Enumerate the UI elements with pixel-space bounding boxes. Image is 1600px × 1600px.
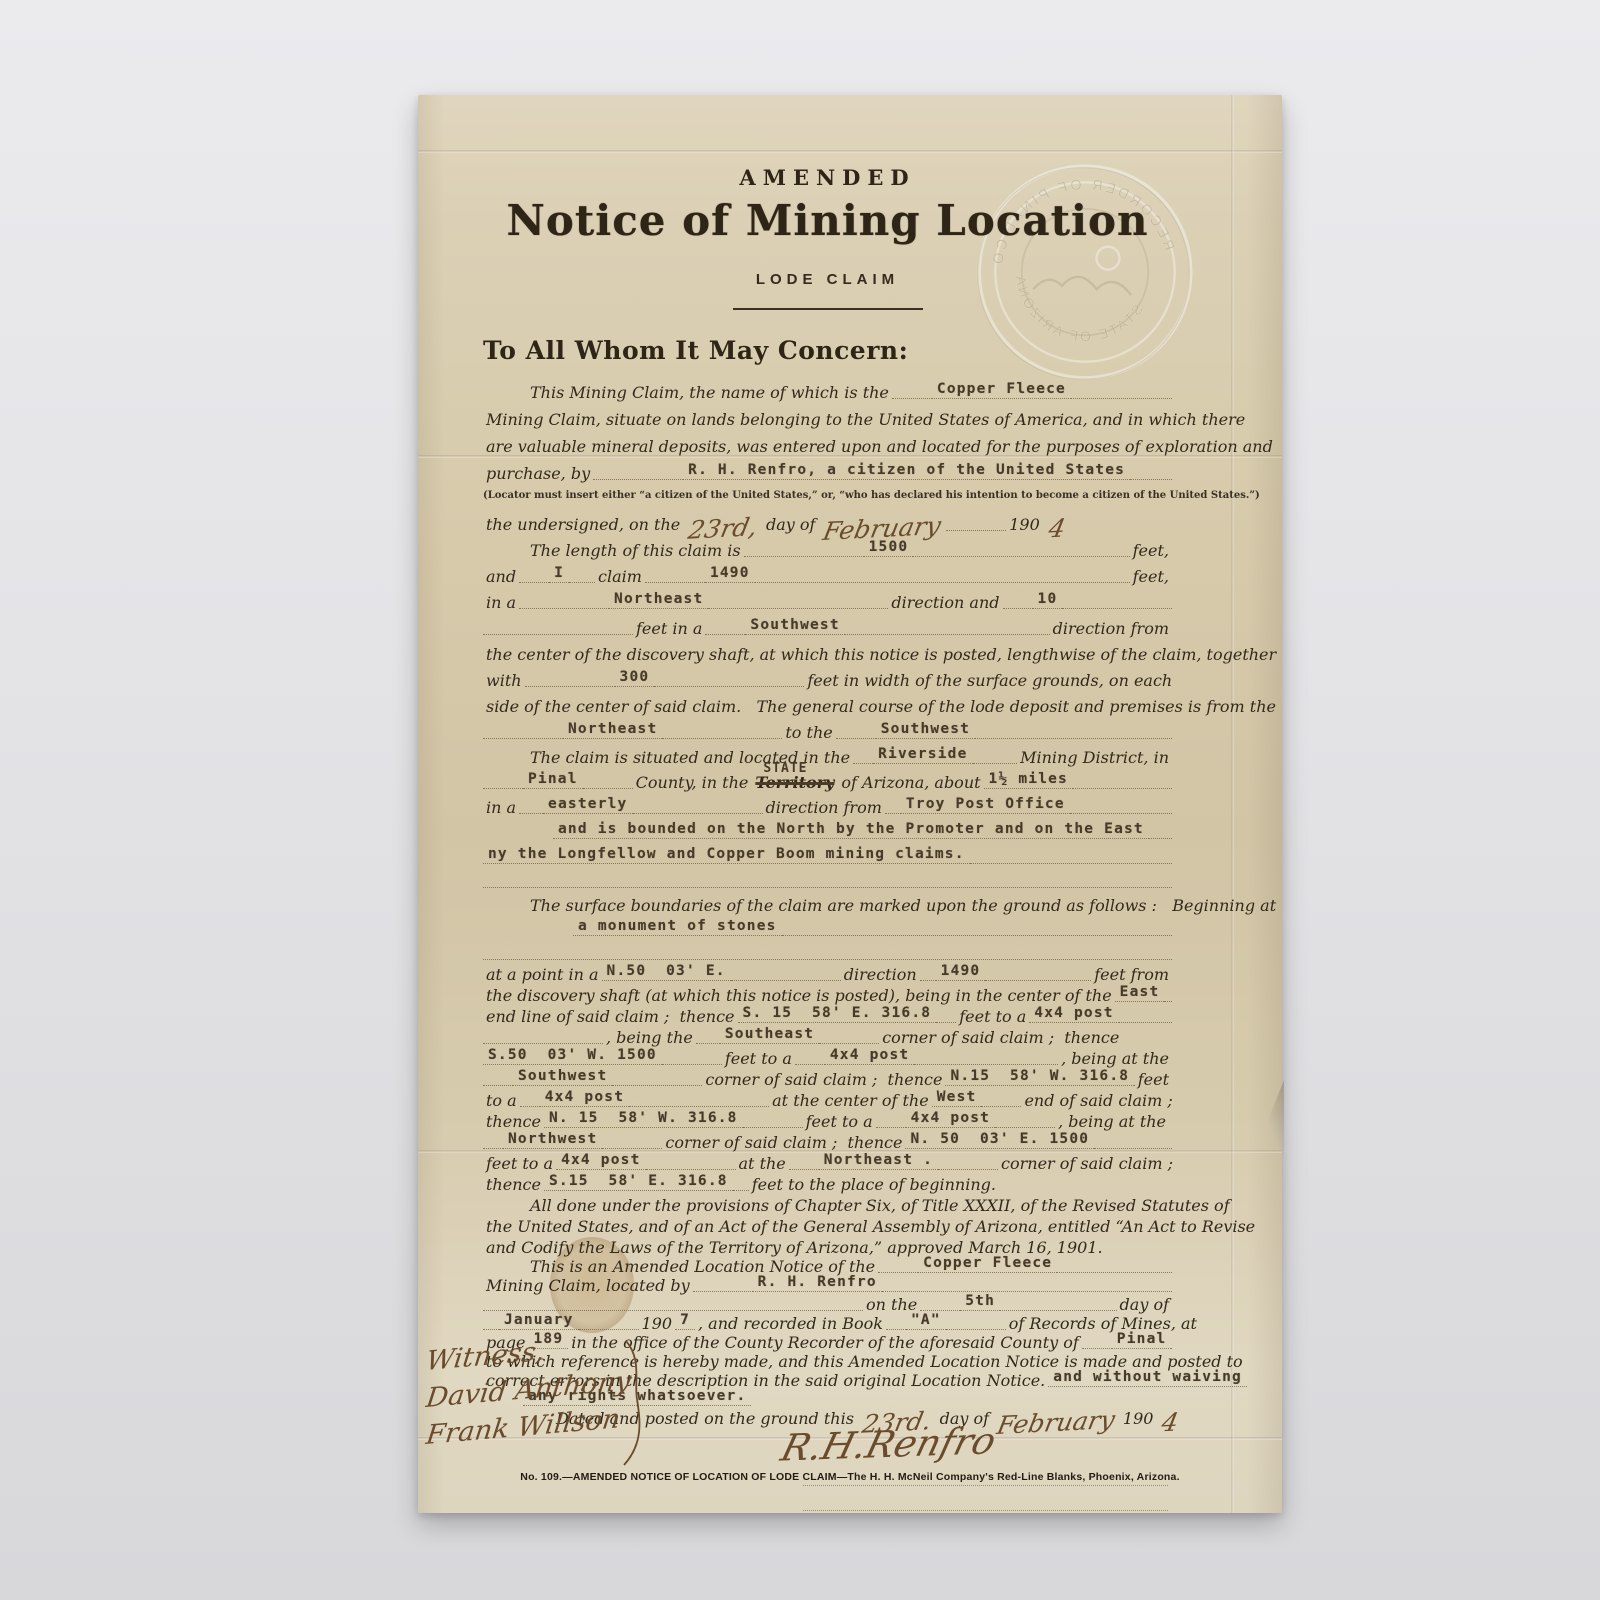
typed-entry: 1490 [705,564,755,583]
dotted-leader [696,1041,720,1044]
dotted-leader [519,580,549,583]
printed-label: The length of this claim is [527,541,744,560]
printed-label: at the center of the [769,1091,932,1110]
spacer [483,938,573,939]
form-line: thenceS.15 58' E. 316.8feet to the place… [483,1173,1172,1194]
typed-entry: Southeast [720,1025,819,1044]
edge-fold-flap [1268,1080,1284,1160]
dotted-leader [569,580,595,583]
typed-entry: 5th [960,1292,1000,1311]
printed-label: feet to a [956,1007,1029,1026]
dotted-leader [936,1020,956,1023]
dotted-leader [1149,836,1172,839]
form-line: side of the center of said claim. The ge… [483,690,1172,716]
printed-label: corner of said claim ; [998,1154,1176,1173]
form-footer: No. 109.—AMENDED NOTICE OF LOCATION OF L… [418,1471,1282,1483]
form-line: Mining Claim, located byR. H. Renfro [483,1276,1172,1295]
fold-crease-vertical [1231,95,1234,1513]
dotted-leader [995,1125,1055,1128]
printed-label: feet to a [803,1112,876,1131]
dotted-leader [520,1104,540,1107]
dotted-leader [946,528,1006,531]
typed-entry: S. 15 58' E. 316.8 [738,1004,937,1023]
printed-label: thence [483,1175,544,1194]
printed-label: end of said claim ; [1021,1091,1175,1110]
printed-label: the discovery shaft (at which this notic… [483,986,1115,1005]
typed-entry: Pinal [1112,1330,1172,1349]
typed-entry: a monument of stones [573,917,782,936]
dotted-leader [483,736,563,739]
dotted-leader [733,1188,749,1191]
locator-signature: R.H.Renfro [778,1426,998,1463]
dotted-leader [1057,1270,1172,1273]
dotted-leader [629,1104,769,1107]
document-title: Notice of Mining Location [483,196,1172,245]
dotted-leader [662,736,782,739]
dotted-leader [483,632,633,635]
typed-entry: I [549,564,569,583]
form-line: feet to a4x4 postat theNortheast .corner… [483,1152,1172,1173]
dotted-leader [1070,811,1172,814]
dotted-leader [483,885,1172,888]
dotted-leader [985,978,1091,981]
printed-label: , being the [603,1028,696,1047]
form-line: in aeasterlydirection fromTroy Post Offi… [483,792,1172,817]
handwritten-entry: February [817,520,949,539]
printed-label: with [483,671,525,690]
dotted-leader [1071,396,1172,399]
handwritten-entry: 23rd, [682,521,765,537]
printed-label: thence [483,1112,544,1131]
form-line: on the5thday of [483,1295,1172,1314]
printed-label: feet to a [483,1154,556,1173]
typed-entry: R. H. Renfro, a citizen of the United St… [683,461,1130,480]
printed-label: feet to a [722,1049,795,1068]
printed-label: , being at the [1058,1049,1172,1068]
dotted-leader [973,761,1018,764]
typed-entry: 4x4 post [540,1088,629,1107]
form-line: the undersigned, on the23rd,day ofFebrua… [483,507,1172,534]
form-body: This Mining Claim, the name of which is … [483,375,1172,1428]
dotted-leader [1062,606,1172,609]
dotted-leader [483,1146,503,1149]
dotted-leader [743,1125,803,1128]
typed-entry: and is bounded on the North by the Promo… [553,820,1149,839]
dotted-leader [1082,1346,1112,1349]
form-line: and Codify the Laws of the Territory of … [483,1236,1172,1257]
printed-label: direction from [763,798,885,817]
form-line: (Locator must insert either “a citizen o… [483,483,1172,507]
form-line: in aNortheastdirection and10 [483,586,1172,612]
typed-entry: N. 15 58' W. 316.8 [544,1109,743,1128]
typed-entry: Copper Fleece [932,380,1071,399]
dotted-leader [744,554,864,557]
printed-label: the center of the discovery shaft, at wh… [483,645,1279,664]
dotted-leader [593,477,683,480]
dotted-leader [836,736,876,739]
form-line: Southwestcorner of said claim ; thenceN.… [483,1068,1172,1089]
dotted-leader [819,1041,879,1044]
form-line: and is bounded on the North by the Promo… [483,817,1172,842]
printed-label: 190 [1006,515,1043,534]
form-line: The claim is situated and located in the… [483,742,1172,767]
dotted-leader [654,684,804,687]
title-divider [733,308,923,310]
typed-entry: East [1115,983,1165,1002]
document-content: AMENDED Notice of Mining Location LODE C… [483,95,1172,1511]
dotted-leader [708,606,888,609]
printed-label: , and recorded in Book [695,1314,886,1333]
handwritten-entry: 4 [1041,522,1072,535]
printed-label: of Arizona, about [838,773,983,792]
form-line: the center of the discovery shaft, at wh… [483,638,1172,664]
dotted-leader [938,1167,998,1170]
photo-background: RECORDER OF PINAL COUNTY STATE OF ARIZON… [0,0,1600,1600]
form-line: Northwestcorner of said claim ; thenceN.… [483,1131,1172,1152]
dotted-leader [525,684,615,687]
typed-entry: Riverside [873,745,972,764]
dotted-leader [662,1062,722,1065]
form-line: S.50 03' W. 1500feet to a4x4 post, being… [483,1047,1172,1068]
form-line: thenceN. 15 58' W. 316.8feet to a4x4 pos… [483,1110,1172,1131]
form-line: This Mining Claim, the name of which is … [483,375,1172,402]
form-line: end line of said claim ; thenceS. 15 58'… [483,1005,1172,1026]
typed-entry: Pinal [523,770,583,789]
dotted-leader [519,606,609,609]
form-line: purchase, byR. H. Renfro, a citizen of t… [483,456,1172,483]
printed-label: at the [736,1154,789,1173]
dotted-leader [731,978,841,981]
dotted-leader [795,1062,825,1065]
printed-label: feet, [1130,541,1172,560]
form-line: All done under the provisions of Chapter… [483,1194,1172,1215]
typed-entry: 4x4 post [1029,1004,1118,1023]
printed-label: feet in width of the surface grounds, on… [804,671,1175,690]
printed-label: All done under the provisions of Chapter… [527,1196,1233,1215]
spacer [483,401,527,402]
form-line: a monument of stones [483,915,1172,939]
printed-label: feet from [1091,965,1172,984]
printed-label: direction and [888,593,1002,612]
dotted-leader [483,957,1172,960]
dotted-leader [1130,477,1172,480]
form-line: with300feet in width of the surface grou… [483,664,1172,690]
printed-label: day of [763,515,818,534]
dotted-leader [483,786,523,789]
dotted-leader [913,554,1129,557]
dotted-leader [633,811,763,814]
printed-label: County, in the [633,773,752,792]
typed-entry: and without waiving [1048,1368,1247,1387]
dotted-leader [970,861,1172,864]
printed-label: 190 [1120,1409,1157,1428]
printed-label: are valuable mineral deposits, was enter… [483,437,1276,456]
printed-label: Mining District, in [1017,748,1172,767]
spacer [483,914,527,915]
dotted-leader [1171,1346,1172,1349]
typed-entry: Northeast [609,590,708,609]
dotted-leader [483,1041,603,1044]
lode-claim-subtitle: LODE CLAIM [483,271,1172,288]
printed-label: , being at the [1055,1112,1169,1131]
printed-label: purchase, by [483,464,593,483]
spacer [483,559,527,560]
printed-label: feet, [1130,567,1172,586]
dotted-leader [914,1062,1058,1065]
corrected-entry: TerritorySTATE [755,773,834,792]
dotted-leader [946,1327,1006,1330]
dotted-leader [483,1083,513,1086]
document-header: AMENDED Notice of Mining Location LODE C… [483,95,1172,310]
form-line: the United States, and of an Act of the … [483,1215,1172,1236]
typed-entry: Southwest [745,616,844,635]
printed-label: in a [483,593,519,612]
form-line: ny the Longfellow and Copper Boom mining… [483,842,1172,867]
dotted-leader [845,632,1050,635]
dotted-leader [1073,786,1172,789]
typed-entry: 1½ miles [984,770,1073,789]
salutation: To All Whom It May Concern: [483,336,1172,365]
form-line: at a point in aN.50 03' E.direction1490f… [483,963,1172,984]
form-line: PinalCounty, in theTerritorySTATEof Ariz… [483,767,1172,792]
dotted-leader [853,761,873,764]
dotted-leader [892,396,932,399]
dotted-leader [782,933,1172,936]
printed-label: Mining Claim, located by [483,1276,693,1295]
spacer [483,841,553,842]
dotted-leader [920,978,936,981]
witness-block: Witness, David Anthony Frank Willson [424,1343,626,1454]
dotted-leader [612,1083,702,1086]
dotted-leader [705,632,745,635]
printed-label: the United States, and of an Act of the … [483,1217,1258,1236]
form-line [483,867,1172,891]
typed-entry: 4x4 post [906,1109,995,1128]
typed-entry: N.15 58' W. 316.8 [945,1067,1134,1086]
typed-entry: 10 [1033,590,1063,609]
typed-entry: Troy Post Office [901,795,1070,814]
dotted-leader [646,1167,736,1170]
signature-line [803,1486,1168,1511]
form-line: The surface boundaries of the claim are … [483,891,1172,915]
form-line: to a4x4 postat the center of theWestend … [483,1089,1172,1110]
printed-label: feet to the place of beginning. [749,1175,999,1194]
amended-label: AMENDED [483,165,1172,190]
typed-entry: "A" [906,1311,946,1330]
printed-label: at a point in a [483,965,602,984]
dotted-leader [878,1270,918,1273]
form-line: Mining Claim, situate on lands belonging… [483,402,1172,429]
typed-entry: 7 [675,1311,695,1330]
witness-brace-icon [620,1339,650,1469]
typed-entry: Northwest [503,1130,602,1149]
dotted-leader [583,786,633,789]
printed-label: to the [782,723,835,742]
printed-label: feet in a [633,619,705,638]
typed-entry: Northeast [563,720,662,739]
typed-entry: S.15 58' E. 316.8 [544,1172,733,1191]
handwritten-entry: 4 [1155,1416,1186,1429]
typed-entry: West [932,1088,982,1107]
form-line: andIclaim1490feet, [483,560,1172,586]
dotted-leader [519,811,543,814]
typed-entry: easterly [543,795,632,814]
typed-correction: STATE [763,761,807,776]
typed-entry: ny the Longfellow and Copper Boom mining… [483,845,970,864]
printed-label: claim [595,567,645,586]
printed-label: and [483,567,519,586]
typed-entry: N.50 03' E. [602,962,731,981]
typed-entry: Northeast . [819,1151,938,1170]
dotted-leader [1003,606,1033,609]
typed-entry: R. H. Renfro [753,1273,882,1292]
document-paper: RECORDER OF PINAL COUNTY STATE OF ARIZON… [418,95,1282,1513]
dotted-leader [882,1289,1172,1292]
typed-entry: Southwest [876,720,975,739]
typed-entry: Southwest [513,1067,612,1086]
dotted-leader [755,580,1130,583]
printed-label: corner of said claim ; thence [702,1070,945,1089]
form-line: the discovery shaft (at which this notic… [483,984,1172,1005]
printed-label: the undersigned, on the [483,515,683,534]
printed-label: This Mining Claim, the name of which is … [527,383,892,402]
dotted-leader [876,1125,906,1128]
printed-label: The surface boundaries of the claim are … [527,896,1279,915]
printed-label: in a [483,798,519,817]
dotted-leader [693,1289,753,1292]
dotted-leader [1094,1146,1172,1149]
typed-entry: 1490 [936,962,986,981]
dotted-leader [602,1146,662,1149]
spacer [483,766,527,767]
dotted-leader [885,811,901,814]
form-line: , being theSoutheastcorner of said claim… [483,1026,1172,1047]
printed-label: direction [841,965,920,984]
form-line: are valuable mineral deposits, was enter… [483,429,1172,456]
form-line [483,939,1172,963]
printed-label: side of the center of said claim. The ge… [483,697,1279,716]
dotted-leader [789,1167,819,1170]
dotted-leader [483,1327,499,1330]
dotted-leader [981,1104,1021,1107]
printed-label: corner of said claim ; thence [662,1133,905,1152]
printed-label: end line of said claim ; thence [483,1007,738,1026]
dotted-leader [1164,999,1172,1002]
typed-entry: N. 50 03' E. 1500 [905,1130,1094,1149]
printed-label: to a [483,1091,520,1110]
dotted-leader [645,580,705,583]
typed-entry: 4x4 post [825,1046,914,1065]
printed-label: feet [1135,1070,1172,1089]
spacer [483,1214,527,1215]
form-line: Northeastto theSouthwest [483,716,1172,742]
typed-entry: 4x4 post [556,1151,645,1170]
printed-label: (Locator must insert either “a citizen o… [483,486,1260,505]
printed-label: 190 [639,1314,676,1333]
dotted-leader [1119,1020,1172,1023]
typed-entry: S.50 03' W. 1500 [483,1046,662,1065]
dotted-leader [886,1327,906,1330]
typed-entry: January [499,1311,579,1330]
printed-label: direction from [1050,619,1172,638]
form-line: feet in aSouthwestdirection from [483,612,1172,638]
printed-label: corner of said claim ; thence [879,1028,1122,1047]
printed-label: Mining Claim, situate on lands belonging… [483,410,1248,429]
typed-entry: 300 [615,668,655,687]
printed-label: day of [1117,1295,1172,1314]
typed-entry: Copper Fleece [918,1254,1057,1273]
dotted-leader [975,736,1172,739]
dotted-leader [1000,1308,1117,1311]
